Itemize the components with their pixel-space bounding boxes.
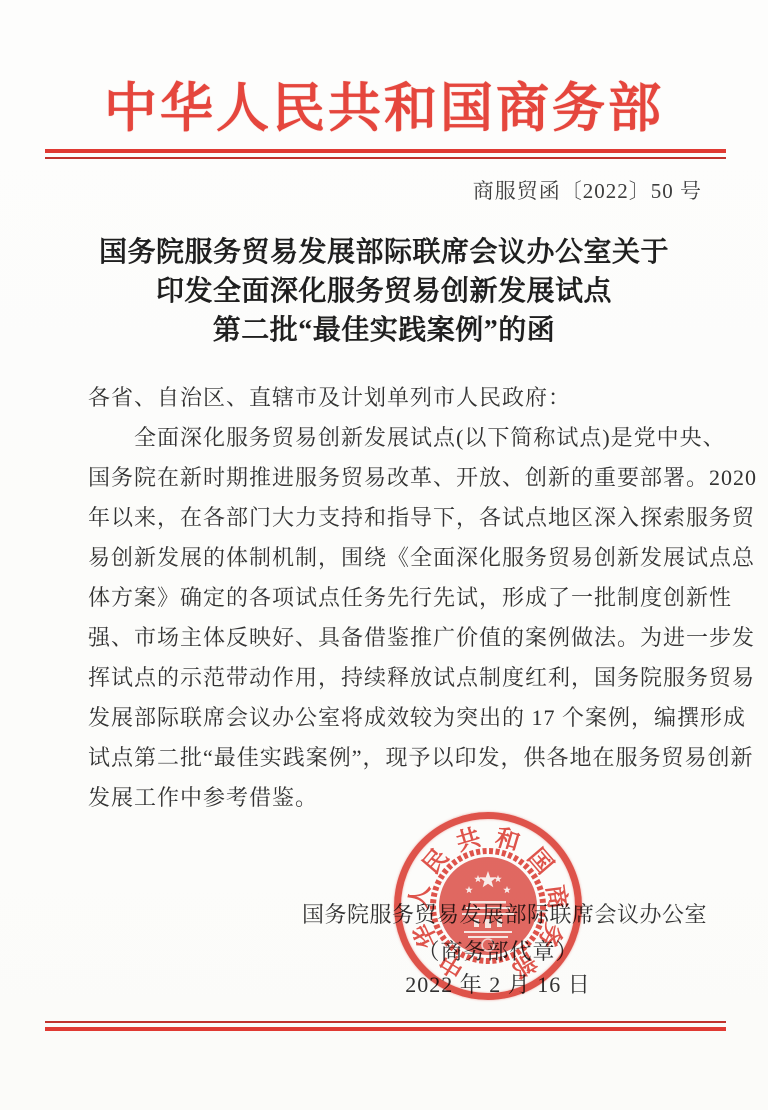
footer-divider-thick (45, 1027, 726, 1031)
document-title: 国务院服务贸易发展部际联席会议办公室关于印发全面深化服务贸易创新发展试点第二批“… (0, 233, 768, 350)
body-line: 发展工作中参考借鉴。 (88, 778, 694, 818)
official-seal: 中华人民共和国商务部 (394, 812, 582, 1000)
document-page: 中华人民共和国商务部 商服贸函〔2022〕50 号 国务院服务贸易发展部际联席会… (0, 0, 768, 1110)
document-title-line: 国务院服务贸易发展部际联席会议办公室关于 (0, 233, 768, 272)
body-line: 年以来，在各部门大力支持和指导下，各试点地区深入探索服务贸 (88, 498, 694, 538)
letterhead-org-name: 中华人民共和国商务部 (0, 66, 768, 142)
body-line: 国务院在新时期推进服务贸易改革、开放、创新的重要部署。2020 (88, 458, 694, 498)
footer-divider-thin (45, 1021, 726, 1023)
header-divider-thin (45, 157, 726, 159)
document-body: 各省、自治区、直辖市及计划单列市人民政府： 全面深化服务贸易创新发展试点(以下简… (88, 378, 694, 818)
body-line: 试点第二批“最佳实践案例”，现予以印发，供各地在服务贸易创新 (88, 738, 694, 778)
body-paragraph: 全面深化服务贸易创新发展试点(以下简称试点)是党中央、国务院在新时期推进服务贸易… (88, 418, 694, 818)
seal-ring-char: 商 (540, 881, 571, 912)
document-number: 商服贸函〔2022〕50 号 (473, 175, 702, 205)
body-line: 全面深化服务贸易创新发展试点(以下简称试点)是党中央、 (88, 418, 694, 458)
document-title-line: 第二批“最佳实践案例”的函 (0, 311, 768, 350)
body-line: 易创新发展的体制机制，围绕《全面深化服务贸易创新发展试点总 (88, 538, 694, 578)
body-line: 强、市场主体反映好、具备借鉴推广价值的案例做法。为进一步发 (88, 618, 694, 658)
seal-ring-char: 人 (405, 881, 436, 912)
body-line: 挥试点的示范带动作用，持续释放试点制度红利，国务院服务贸易 (88, 658, 694, 698)
body-line: 体方案》确定的各项试点任务先行先试，形成了一批制度创新性 (88, 578, 694, 618)
body-line: 发展部际联席会议办公室将成效较为突出的 17 个案例，编撰形成 (88, 698, 694, 738)
document-title-line: 印发全面深化服务贸易创新发展试点 (0, 272, 768, 311)
salutation: 各省、自治区、直辖市及计划单列市人民政府： (88, 378, 694, 418)
header-divider-thick (45, 149, 726, 153)
